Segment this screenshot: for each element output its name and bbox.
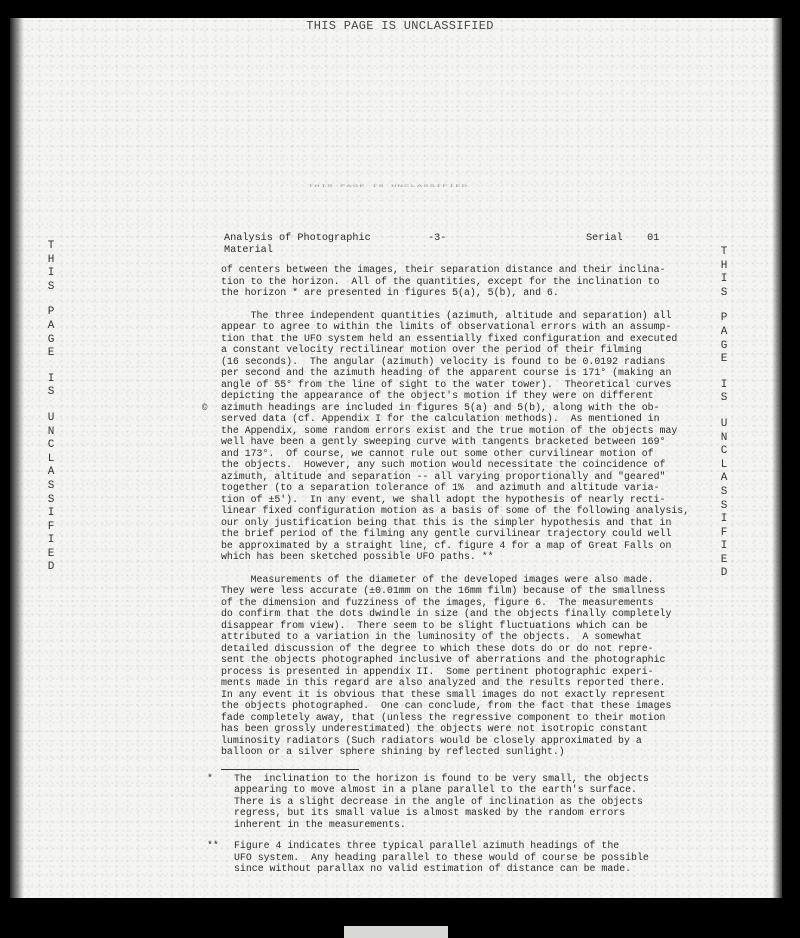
stamp-letter: A xyxy=(721,472,728,486)
stamp-letter: U xyxy=(48,412,55,426)
stamp-letter: I xyxy=(721,513,728,527)
classification-stamp-right: THISPAGEISUNCLASSIFIED xyxy=(717,246,731,581)
stamp-letter: S xyxy=(48,480,55,494)
stamp-letter: L xyxy=(48,453,55,467)
stamp-letter: S xyxy=(721,500,728,514)
classification-stamp-left: THISPAGEISUNCLASSIFIED xyxy=(44,240,58,575)
stamp-letter: I xyxy=(721,540,728,554)
stamp-letter: I xyxy=(48,507,55,521)
stamp-letter: N xyxy=(721,432,728,446)
stamp-letter: F xyxy=(48,521,55,535)
stamp-letter: L xyxy=(721,459,728,473)
stamp-letter: S xyxy=(721,287,728,301)
document-body: of centers between the images, their sep… xyxy=(221,264,671,885)
stamp-letter: C xyxy=(721,445,728,459)
paragraph-1: of centers between the images, their sep… xyxy=(221,264,671,299)
stamp-letter: I xyxy=(48,267,55,281)
paragraph-2: The three independent quantities (azimut… xyxy=(221,310,671,563)
page-number: -3- xyxy=(428,233,446,245)
classification-stamp-faded: THIS PAGE IS UNCLASSIFIED xyxy=(308,184,468,189)
stamp-letter: D xyxy=(721,567,728,581)
stamp-letter: A xyxy=(721,326,728,340)
footnote-divider xyxy=(221,769,359,770)
stamp-letter: C xyxy=(48,439,55,453)
footnote-1: * The inclination to the horizon is foun… xyxy=(207,773,671,831)
footnote-text: Figure 4 indicates three typical paralle… xyxy=(234,840,649,875)
stamp-letter: G xyxy=(48,334,55,348)
stamp-letter: H xyxy=(48,254,55,268)
footnote-mark: ** xyxy=(207,840,234,875)
stamp-letter: S xyxy=(721,392,728,406)
stamp-letter: D xyxy=(48,561,55,575)
classification-stamp-top: THIS PAGE IS UNCLASSIFIED xyxy=(0,19,800,33)
stamp-letter: G xyxy=(721,340,728,354)
copyright-margin-mark: © xyxy=(202,403,207,413)
stamp-letter: F xyxy=(721,527,728,541)
stamp-letter: S xyxy=(48,494,55,508)
serial-number: Serial 01 xyxy=(586,233,659,245)
footnote-mark: * xyxy=(207,773,234,831)
stamp-letter: A xyxy=(48,320,55,334)
stamp-letter: S xyxy=(48,281,55,295)
stamp-letter: E xyxy=(48,548,55,562)
footnote-text: The inclination to the horizon is found … xyxy=(234,773,649,831)
stamp-letter: T xyxy=(48,240,55,254)
stamp-letter: S xyxy=(721,486,728,500)
stamp-letter: I xyxy=(721,379,728,393)
stamp-letter: E xyxy=(721,554,728,568)
stamp-letter: H xyxy=(721,260,728,274)
paragraph-3: Measurements of the diameter of the deve… xyxy=(221,574,671,758)
stamp-letter: T xyxy=(721,246,728,260)
stamp-letter: P xyxy=(48,306,55,320)
stamp-letter: I xyxy=(48,534,55,548)
document-title: Analysis of Photographic Material xyxy=(224,233,394,256)
stamp-letter: I xyxy=(721,273,728,287)
stamp-letter: I xyxy=(48,373,55,387)
scan-edge-shadow-left xyxy=(10,18,24,898)
footnote-2: ** Figure 4 indicates three typical para… xyxy=(207,840,671,875)
stamp-letter: E xyxy=(721,353,728,367)
stamp-letter: E xyxy=(48,347,55,361)
stamp-letter: S xyxy=(48,386,55,400)
scan-edge-shadow-right xyxy=(772,18,782,898)
stamp-letter: N xyxy=(48,426,55,440)
stamp-letter: A xyxy=(48,466,55,480)
stamp-letter: U xyxy=(721,418,728,432)
stamp-letter: P xyxy=(721,312,728,326)
film-tab xyxy=(344,926,448,938)
